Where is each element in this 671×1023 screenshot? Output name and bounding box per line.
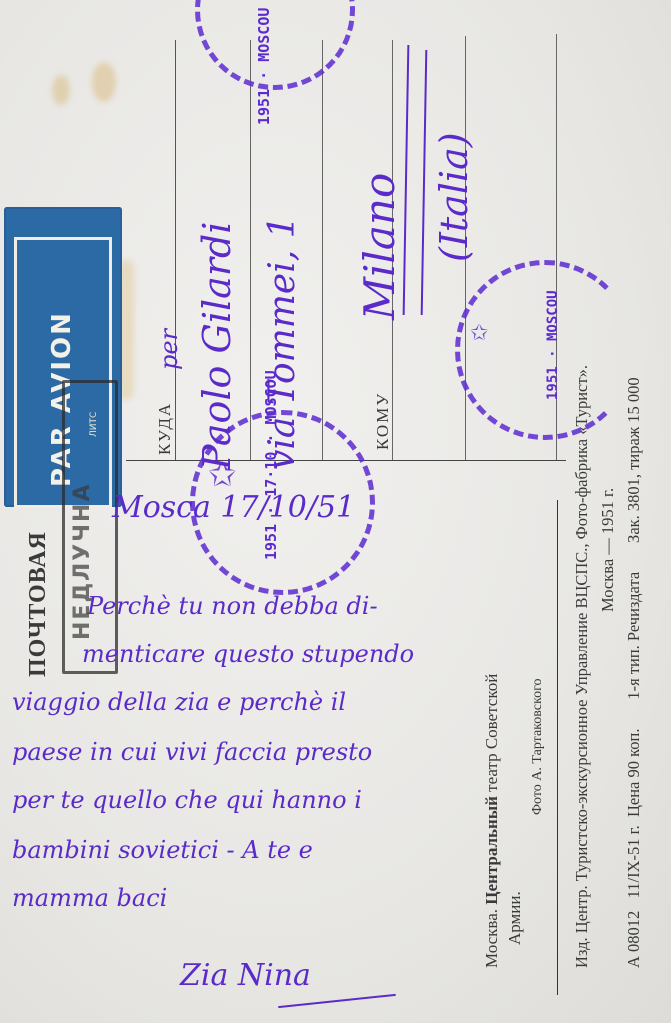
caption-city: Москва.	[482, 909, 501, 968]
message-line: mamma baci	[12, 884, 372, 912]
publisher-line-2: Москва — 1951 г.	[598, 488, 618, 612]
stain	[52, 75, 70, 105]
postmark-top	[195, 0, 355, 90]
message-line: per te quello che qui hanno i	[12, 786, 372, 814]
caption-divider	[557, 500, 558, 995]
caption-rest: театр Советской	[482, 674, 501, 792]
message-line: viaggio della zia e perchè il	[12, 688, 372, 716]
message: Perchè tu non debba di- menticare questo…	[12, 592, 372, 788]
message-line: paese in cui vivi faccia presto	[12, 738, 372, 766]
postcard-back: КУДА КОМУ ПОЧТОВАЯ Москва. Центральный т…	[0, 0, 671, 1023]
message-line: Perchè tu non debba di-	[87, 592, 447, 620]
publisher-line-1: Изд. Центр. Туристско-экскурсионное Упра…	[572, 365, 592, 968]
address-recipient: Paolo Gilardi	[195, 222, 239, 470]
postmark-star-icon: ✩	[470, 320, 488, 346]
city-underline	[421, 50, 428, 315]
address-street: via Tommei, 1	[262, 215, 303, 470]
caption-bold: Центральный	[482, 796, 501, 905]
divider-line	[175, 40, 176, 460]
address-country: (Italia)	[432, 132, 476, 262]
message-line: bambini sovietici - A te e	[12, 836, 372, 864]
signature-underline	[278, 994, 396, 1008]
label-whom: КОМУ	[373, 392, 393, 450]
caption-line-1: Москва. Центральный театр Советской	[482, 674, 502, 968]
address-per: per	[155, 329, 183, 370]
postmark-top-text: 1951 · MOSCOU	[255, 8, 273, 125]
stain	[92, 62, 116, 102]
date-line: Mosca 17/10/51	[112, 490, 355, 525]
photo-credit: Фото А. Тартаковского	[530, 679, 546, 815]
address-city: Milano	[355, 173, 404, 320]
address-line	[250, 40, 251, 460]
label-where: КУДА	[155, 402, 175, 455]
publisher-line-3: А 08012 11/IX-51 г. Цена 90 коп. 1-я тип…	[624, 377, 644, 968]
postmark-right-text: 1951 · MOSCOU	[545, 290, 561, 400]
address-line	[322, 40, 323, 460]
message-line: menticare questo stupendo	[82, 640, 442, 668]
signature: Zia Nina	[180, 958, 311, 993]
caption-line-2: Армии.	[505, 891, 525, 945]
